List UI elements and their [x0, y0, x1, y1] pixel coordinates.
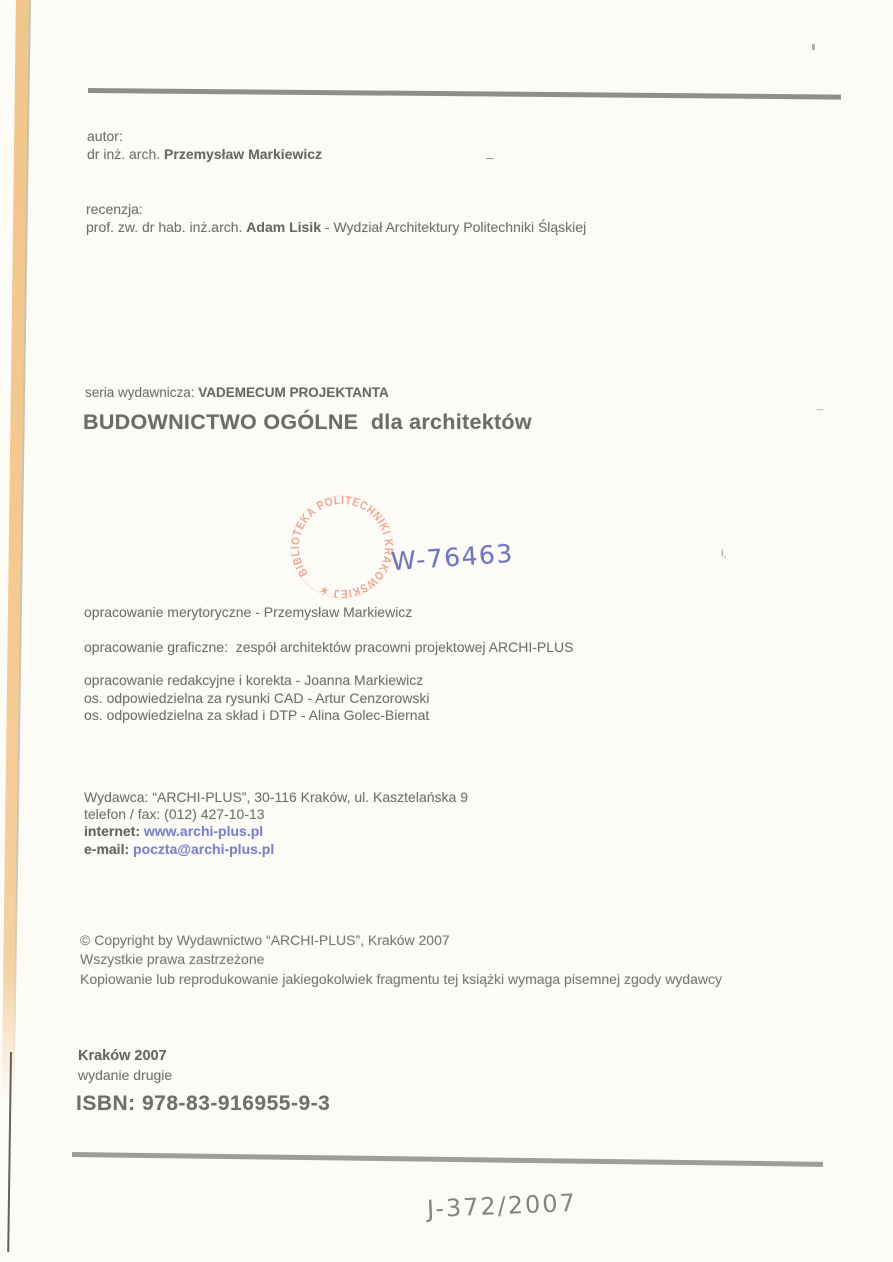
credit-line: os. odpowiedzielna za skład i DTP - Alin…	[84, 707, 573, 725]
credits-section: opracowanie merytoryczne - Przemysław Ma…	[84, 604, 573, 725]
rights-reserved-line: Wszystkie prawa zastrzeżone	[80, 950, 722, 969]
copyright-line: © Copyright by Wydawnictwo “ARCHI-PLUS”,…	[80, 931, 722, 950]
author-name: Przemysław Markiewicz	[164, 146, 322, 162]
series-label: seria wydawnicza:	[85, 385, 198, 400]
series-name: VADEMECUM PROJEKTANTA	[198, 385, 389, 400]
review-line: prof. zw. dr hab. inż.arch. Adam Lisik -…	[86, 219, 586, 237]
credit-line: opracowanie graficzne: zespół architektó…	[84, 639, 573, 657]
city-year: Kraków 2007	[78, 1047, 172, 1066]
top-rule	[88, 88, 841, 100]
stamp-ring-text: BIBLIOTEKA POLITECHNIKI KRAKOWSKIEJ ✶	[283, 486, 401, 608]
publisher-phone: telefon / fax: (012) 427-10-13	[84, 806, 468, 823]
publisher-website-url: www.archi-plus.pl	[144, 823, 263, 839]
handwritten-accession-number: W-76463	[390, 539, 514, 576]
author-label: autor:	[87, 128, 322, 146]
handwritten-catalog-number: J-372/2007	[426, 1189, 577, 1224]
publisher-email-address: poczta@archi-plus.pl	[133, 841, 274, 857]
author-line: dr inż. arch. Przemysław Markiewicz	[87, 146, 322, 164]
isbn: ISBN: 978-83-916955-9-3	[76, 1095, 330, 1113]
internet-label: internet:	[84, 823, 144, 839]
credit-line: opracowanie merytoryczne - Przemysław Ma…	[84, 604, 573, 622]
credit-line: os. odpowiedzielna za rysunki CAD - Artu…	[84, 690, 573, 708]
review-label: recenzja:	[86, 201, 586, 219]
svg-text:BIBLIOTEKA POLITECHNIKI KRAKOW: BIBLIOTEKA POLITECHNIKI KRAKOWSKIEJ ✶	[283, 486, 401, 608]
publisher-section: Wydawca: “ARCHI-PLUS”, 30-116 Kraków, ul…	[84, 789, 468, 858]
reviewer-degrees: prof. zw. dr hab. inż.arch.	[86, 219, 246, 235]
edition-section: Kraków 2007 wydanie drugie	[78, 1047, 172, 1085]
edition-note: wydanie drugie	[78, 1066, 172, 1085]
scan-artifact-speck	[812, 44, 815, 50]
copyright-section: © Copyright by Wydawnictwo “ARCHI-PLUS”,…	[80, 931, 722, 989]
reproduction-notice-line: Kopiowanie lub reprodukowanie jakiegokol…	[80, 970, 722, 989]
publisher-address: Wydawca: “ARCHI-PLUS”, 30-116 Kraków, ul…	[84, 789, 468, 806]
book-title: BUDOWNICTWO OGÓLNE dla architektów	[83, 414, 532, 432]
scan-artifact-dash: –	[486, 149, 494, 165]
email-label: e-mail:	[84, 841, 133, 857]
scan-artifact-squiggle: ~	[816, 402, 824, 417]
scan-artifact-smudge: ł,	[721, 548, 727, 560]
credit-line: opracowanie redakcyjne i korekta - Joann…	[84, 672, 573, 690]
series-section: seria wydawnicza: VADEMECUM PROJEKTANTA	[85, 384, 389, 402]
publisher-internet-line: internet: www.archi-plus.pl	[84, 823, 468, 840]
author-degrees: dr inż. arch.	[87, 146, 164, 162]
scanned-title-page: autor: dr inż. arch. Przemysław Markiewi…	[0, 0, 893, 1262]
bottom-rule	[72, 1152, 823, 1166]
library-stamp: BIBLIOTEKA POLITECHNIKI KRAKOWSKIEJ ✶	[283, 486, 401, 608]
author-section: autor: dr inż. arch. Przemysław Markiewi…	[87, 128, 322, 163]
reviewer-affiliation: - Wydział Architektury Politechniki Śląs…	[321, 219, 586, 235]
publisher-email-line: e-mail: poczta@archi-plus.pl	[84, 841, 468, 858]
review-section: recenzja: prof. zw. dr hab. inż.arch. Ad…	[86, 201, 586, 236]
reviewer-name: Adam Lisik	[246, 219, 321, 235]
